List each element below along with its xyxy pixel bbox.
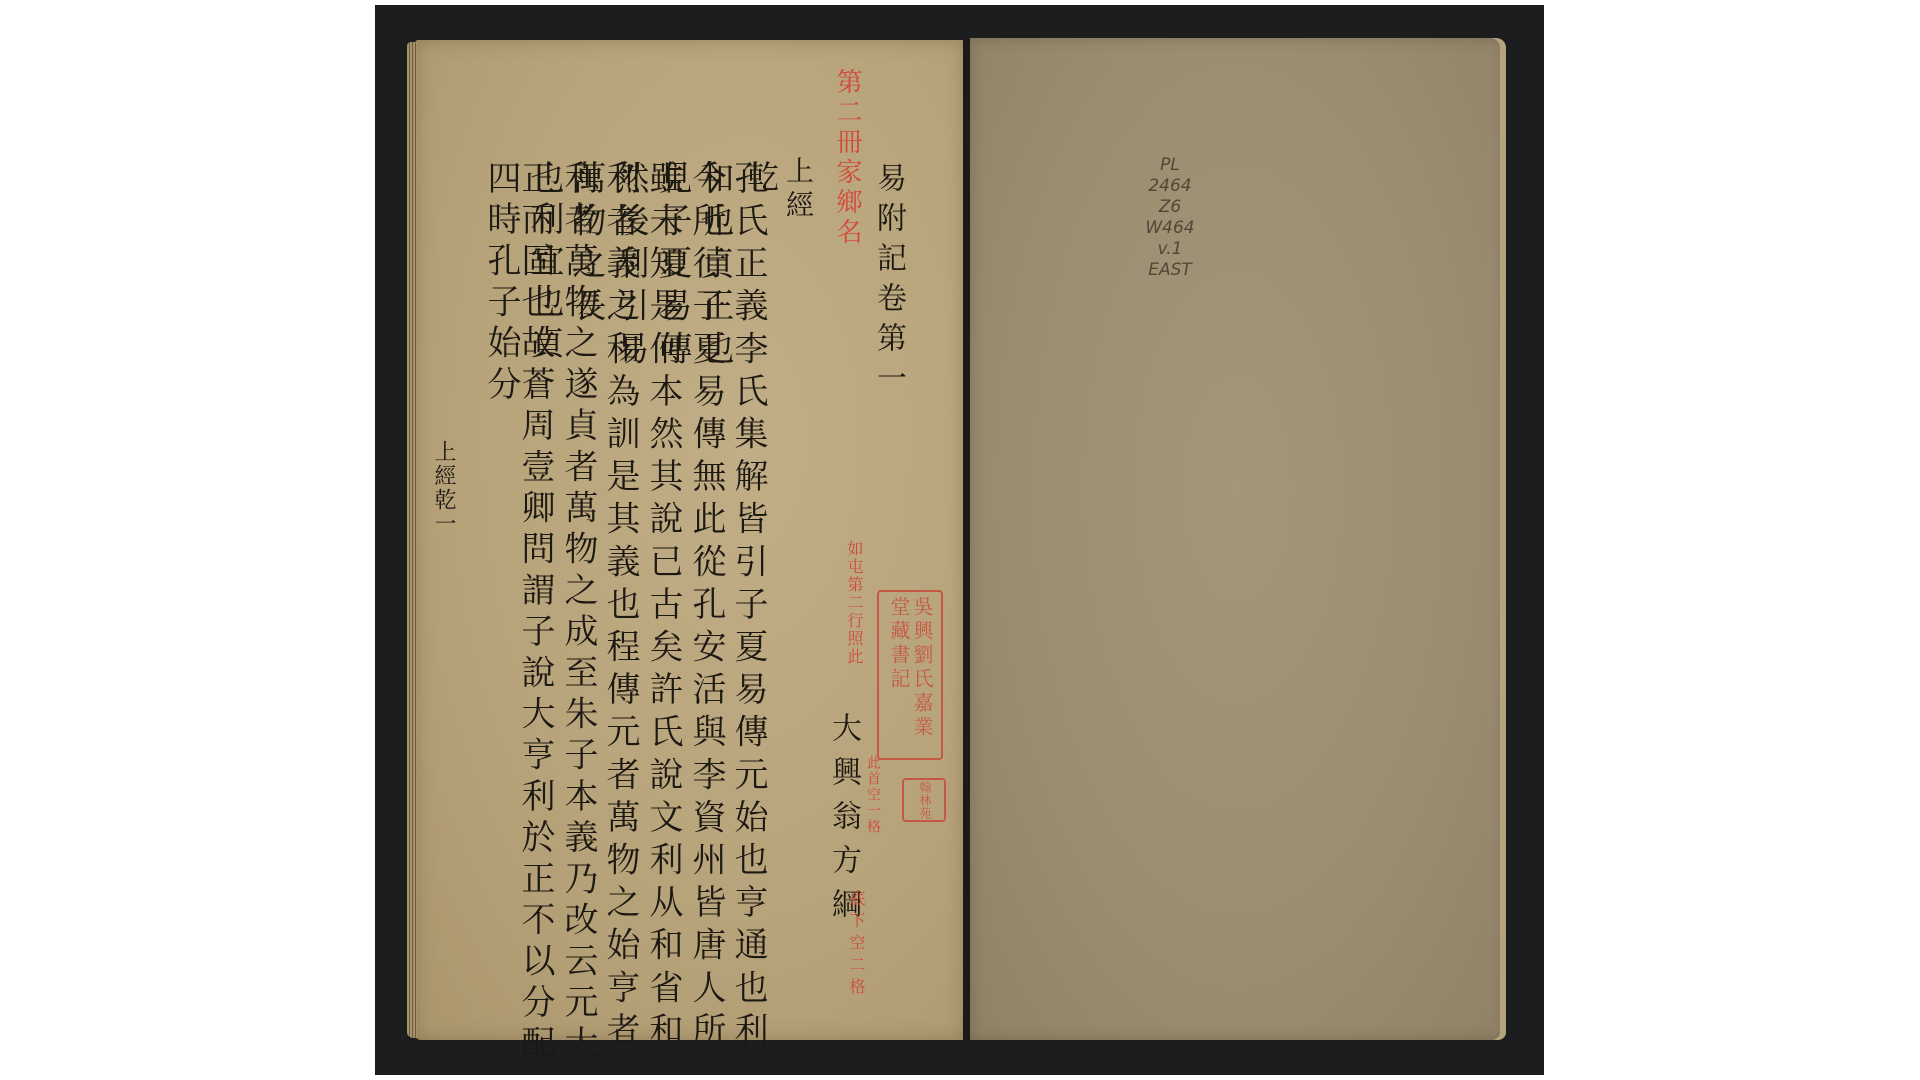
call-number-line: W464 <box>1135 218 1205 239</box>
section-label: 上經 <box>784 156 812 224</box>
call-number-line: EAST <box>1135 260 1205 281</box>
call-number-line: PL <box>1135 155 1205 176</box>
red-note-seal-left: 如屯第二行照此 <box>846 540 862 666</box>
volume-title: 易附記卷第一 <box>873 162 903 402</box>
call-number-line: 2464 <box>1135 176 1205 197</box>
red-annotation-top: 第二冊家鄉名 <box>834 68 860 248</box>
margin-label: 上經乾一 <box>432 440 454 536</box>
red-note-author-2: 底下空二格 <box>848 890 864 1000</box>
call-number-line: v.1 <box>1135 239 1205 260</box>
text-column-6: 正而固也故蒼周壹卿問謂子說大亨利於正不以分配四時孔子始分 <box>484 160 552 1080</box>
collector-seal-small: 翰林苑 <box>902 778 946 822</box>
right-cover <box>970 38 1506 1040</box>
page-edge-stack <box>407 42 417 1038</box>
call-number-line: Z6 <box>1135 197 1205 218</box>
collector-seal-large: 吳興劉氏嘉業堂藏書記 <box>877 590 943 760</box>
call-number-label: PL 2464 Z6 W464 v.1 EAST <box>1135 155 1205 281</box>
book-gutter <box>963 40 970 1040</box>
red-note-author-1: 此首空一格 <box>866 755 880 835</box>
